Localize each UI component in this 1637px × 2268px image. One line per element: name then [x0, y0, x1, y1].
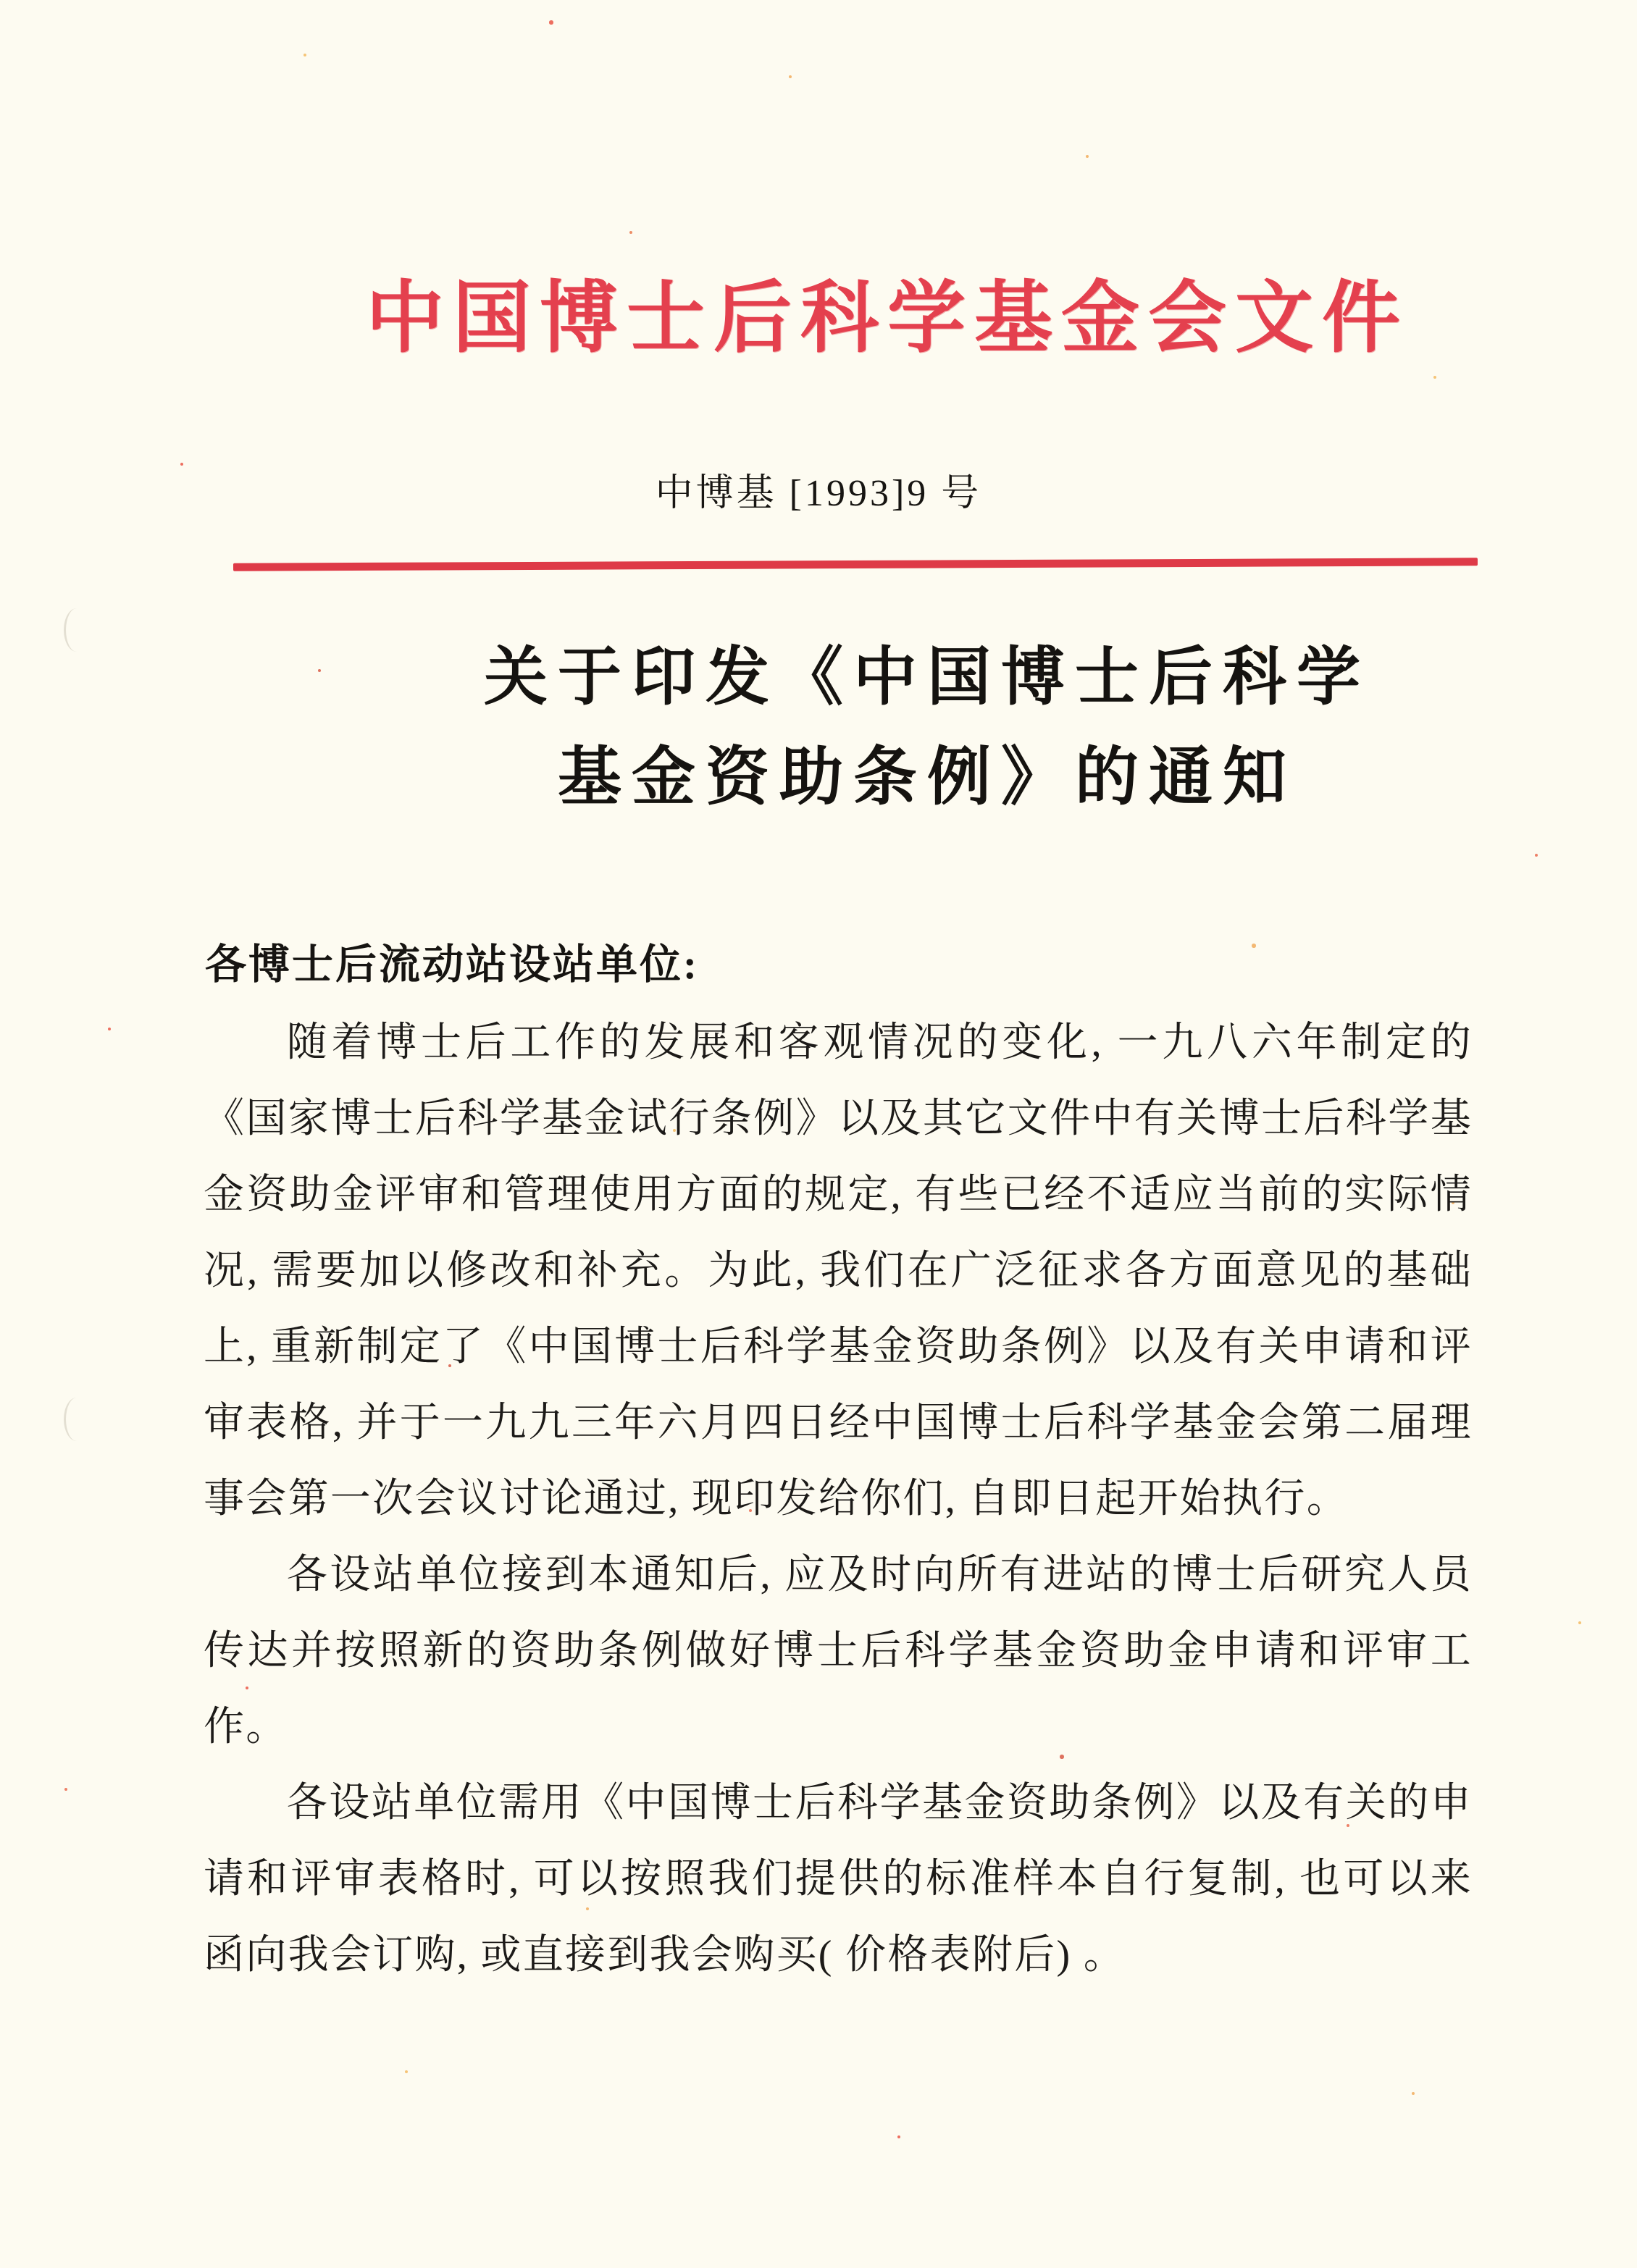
- document-number: 中博基 [1993]9 号: [0, 462, 1637, 516]
- paragraph-1: 随着博士后工作的发展和客观情况的变化, 一九八六年制定的《国家博士后科学基金试行…: [204, 1005, 1473, 1537]
- salutation: 各博士后流动站设站单位:: [205, 931, 699, 991]
- scanned-document-page: 中国博士后科学基金会文件 中博基 [1993]9 号 关于印发《中国博士后科学 …: [0, 0, 1637, 2268]
- red-divider-rule: [233, 558, 1478, 571]
- scanner-artifact: [64, 1398, 95, 1441]
- letterhead-title: 中国博士后科学基金会文件: [69, 255, 1637, 367]
- notice-title-line1: 关于印发《中国博士后科学: [109, 629, 1637, 728]
- document-body: 随着博士后工作的发展和客观情况的变化, 一九八六年制定的《国家博士后科学基金试行…: [204, 1005, 1473, 1994]
- notice-title-line2: 基金资助条例》的通知: [109, 728, 1637, 828]
- paragraph-3: 各设站单位需用《中国博士后科学基金资助条例》以及有关的申请和评审表格时, 可以按…: [204, 1765, 1473, 1994]
- paragraph-2: 各设站单位接到本通知后, 应及时向所有进站的博士后研究人员传达并按照新的资助条例…: [204, 1537, 1473, 1765]
- scanner-artifact: [64, 608, 95, 652]
- notice-title: 关于印发《中国博士后科学 基金资助条例》的通知: [109, 629, 1637, 828]
- scan-speckles: [0, 0, 1, 1]
